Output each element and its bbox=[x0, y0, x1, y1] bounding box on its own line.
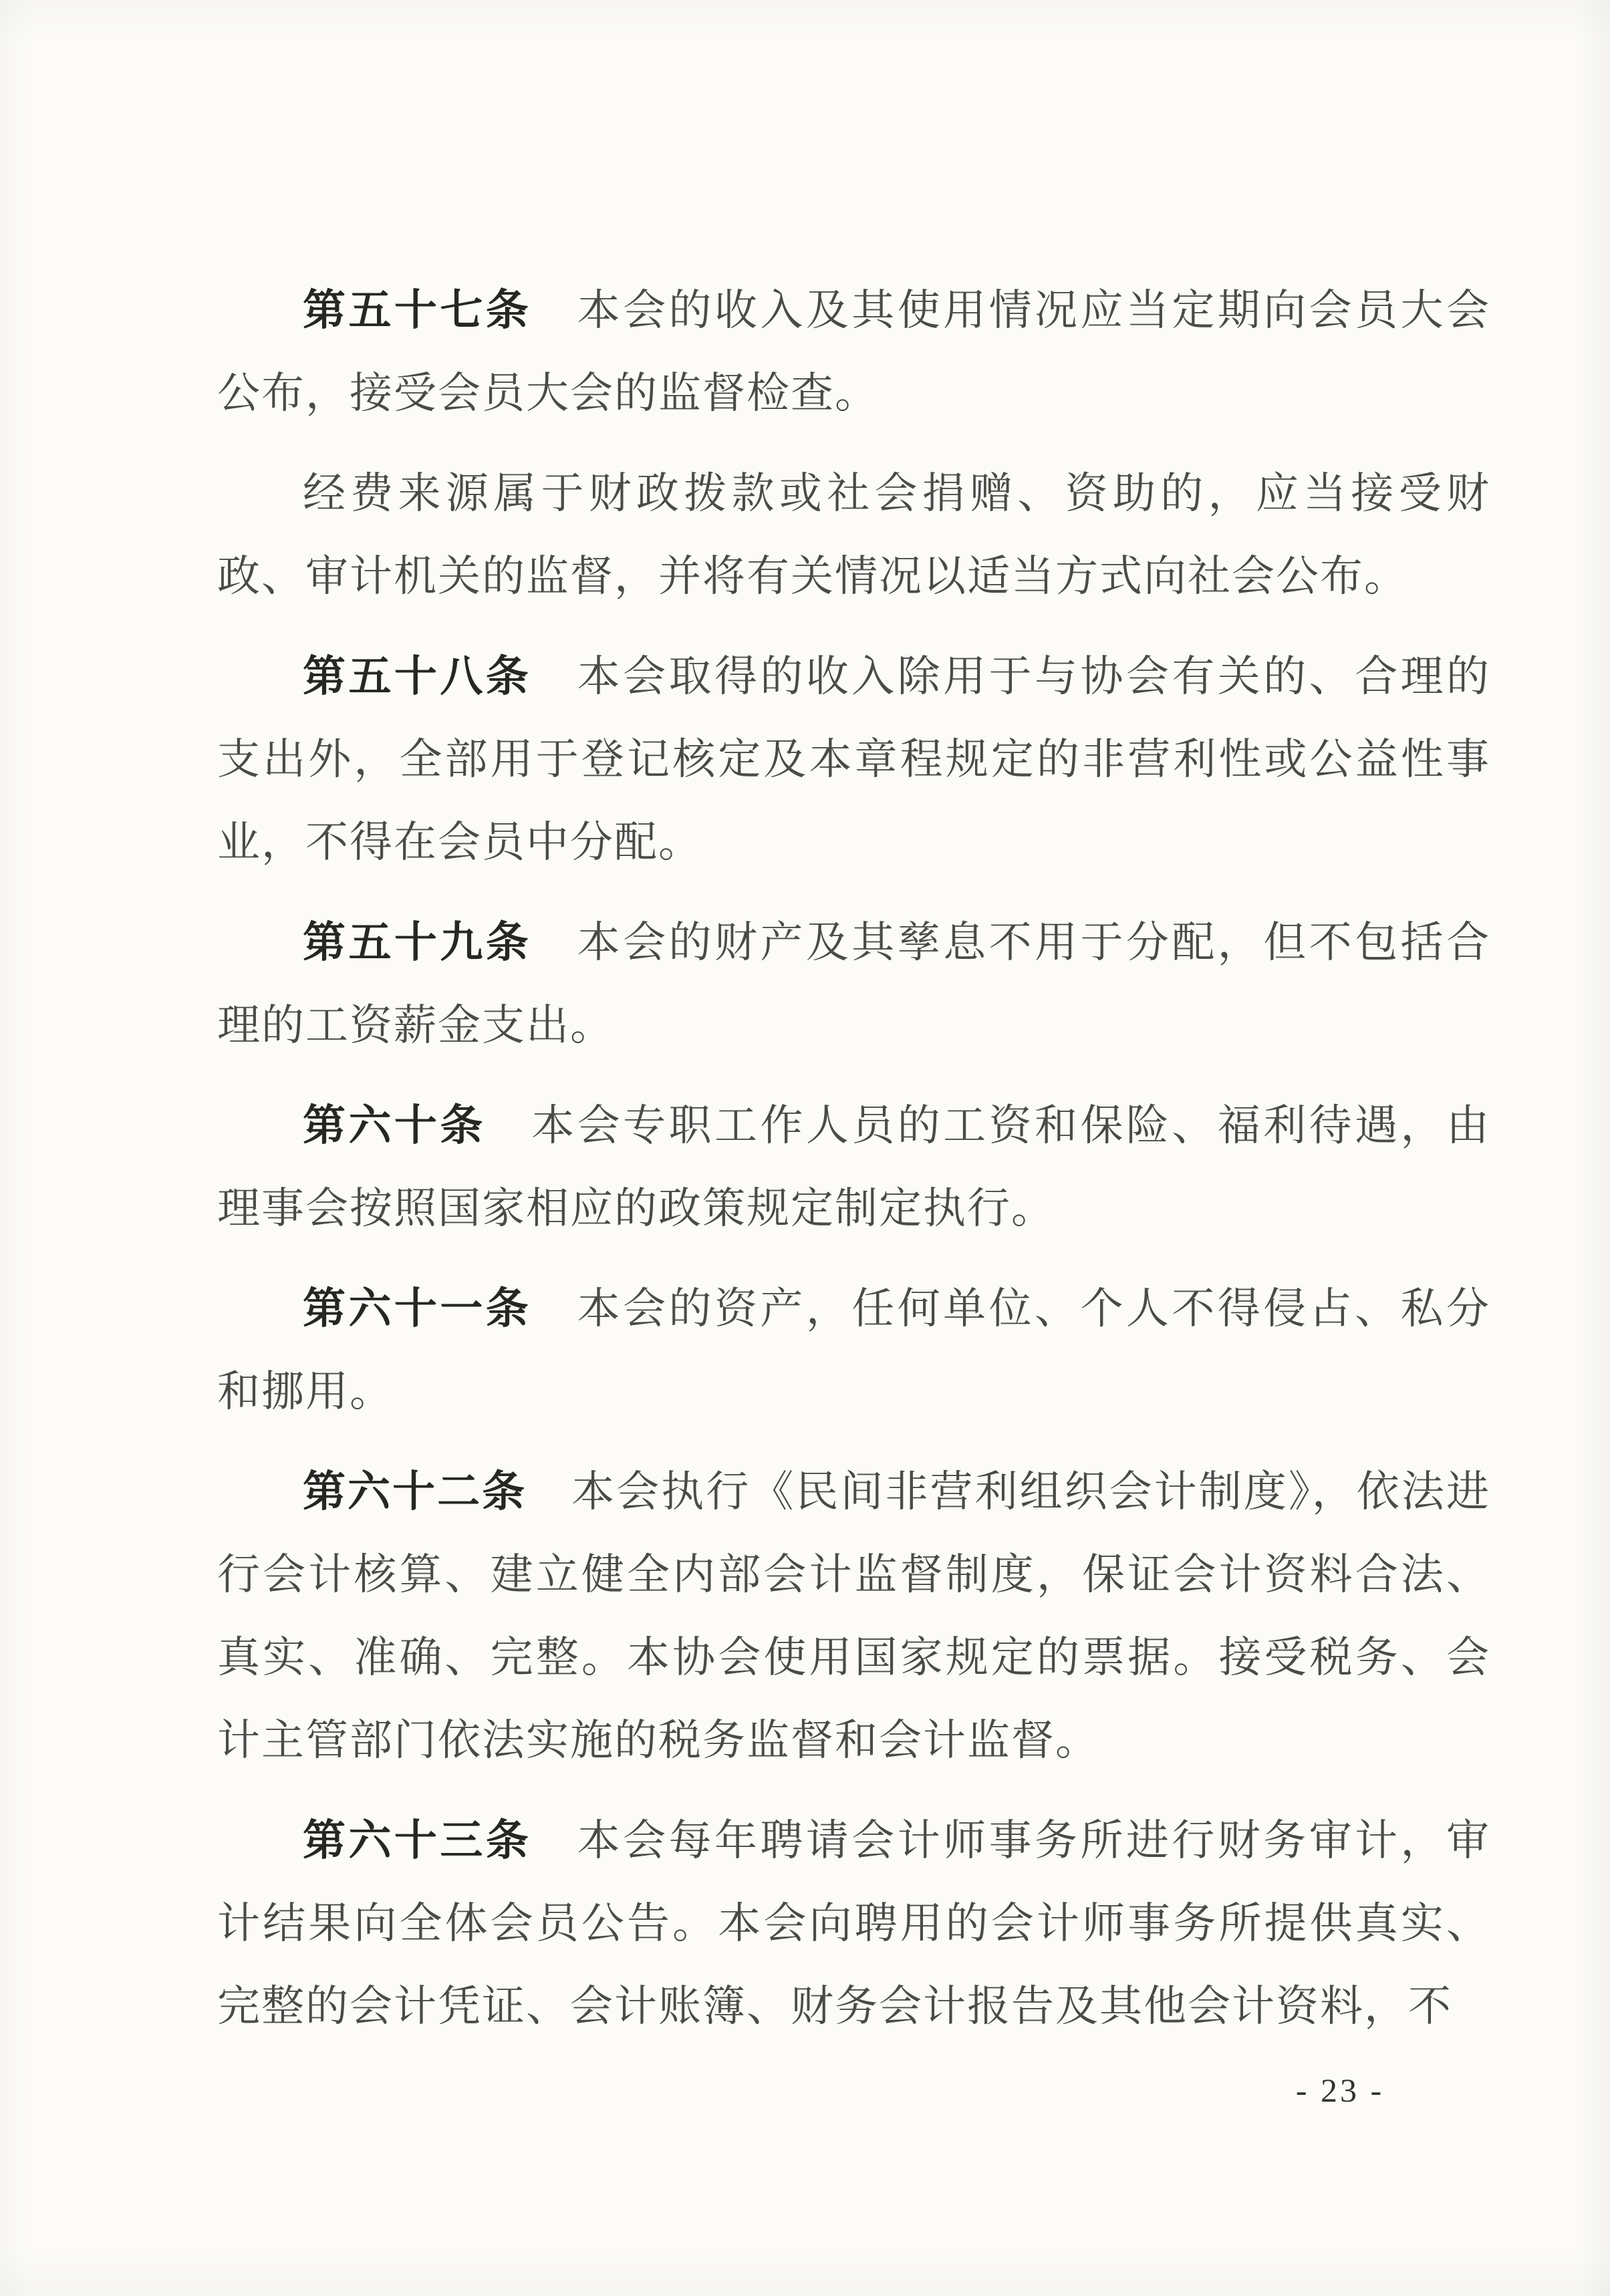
article-paragraph: 第五十八条 本会取得的收入除用于与协会有关的、合理的支出外，全部用于登记核定及本… bbox=[217, 635, 1490, 884]
article-paragraph: 第六十一条 本会的资产，任何单位、个人不得侵占、私分和挪用。 bbox=[217, 1268, 1490, 1433]
article-number: 第五十八条 bbox=[303, 653, 577, 700]
article-number: 第六十条 bbox=[303, 1102, 531, 1149]
article-number: 第六十一条 bbox=[303, 1285, 577, 1332]
scanned-document-page: 第五十七条 本会的收入及其使用情况应当定期向会员大会公布，接受会员大会的监督检查… bbox=[0, 0, 1610, 2296]
article-paragraph: 第五十七条 本会的收入及其使用情况应当定期向会员大会公布，接受会员大会的监督检查… bbox=[217, 269, 1490, 435]
article-number: 第六十二条 bbox=[303, 1468, 571, 1516]
article-paragraph: 经费来源属于财政拨款或社会捐赠、资助的，应当接受财政、审计机关的监督，并将有关情… bbox=[217, 452, 1490, 618]
article-number: 第五十九条 bbox=[303, 919, 577, 966]
document-body: 第五十七条 本会的收入及其使用情况应当定期向会员大会公布，接受会员大会的监督检查… bbox=[217, 269, 1490, 2048]
article-paragraph: 第六十条 本会专职工作人员的工资和保险、福利待遇，由理事会按照国家相应的政策规定… bbox=[217, 1085, 1490, 1250]
article-text: 经费来源属于财政拨款或社会捐赠、资助的，应当接受财政、审计机关的监督，并将有关情… bbox=[217, 470, 1490, 600]
article-number: 第六十三条 bbox=[303, 1817, 577, 1864]
article-paragraph: 第六十二条 本会执行《民间非营利组织会计制度》，依法进行会计核算、建立健全内部会… bbox=[217, 1451, 1490, 1782]
article-number: 第五十七条 bbox=[303, 287, 577, 334]
article-paragraph: 第六十三条 本会每年聘请会计师事务所进行财务审计，审计结果向全体会员公告。本会向… bbox=[217, 1800, 1490, 2048]
page-number: - 23 - bbox=[1273, 2070, 1407, 2110]
article-paragraph: 第五十九条 本会的财产及其孳息不用于分配，但不包括合理的工资薪金支出。 bbox=[217, 901, 1490, 1067]
